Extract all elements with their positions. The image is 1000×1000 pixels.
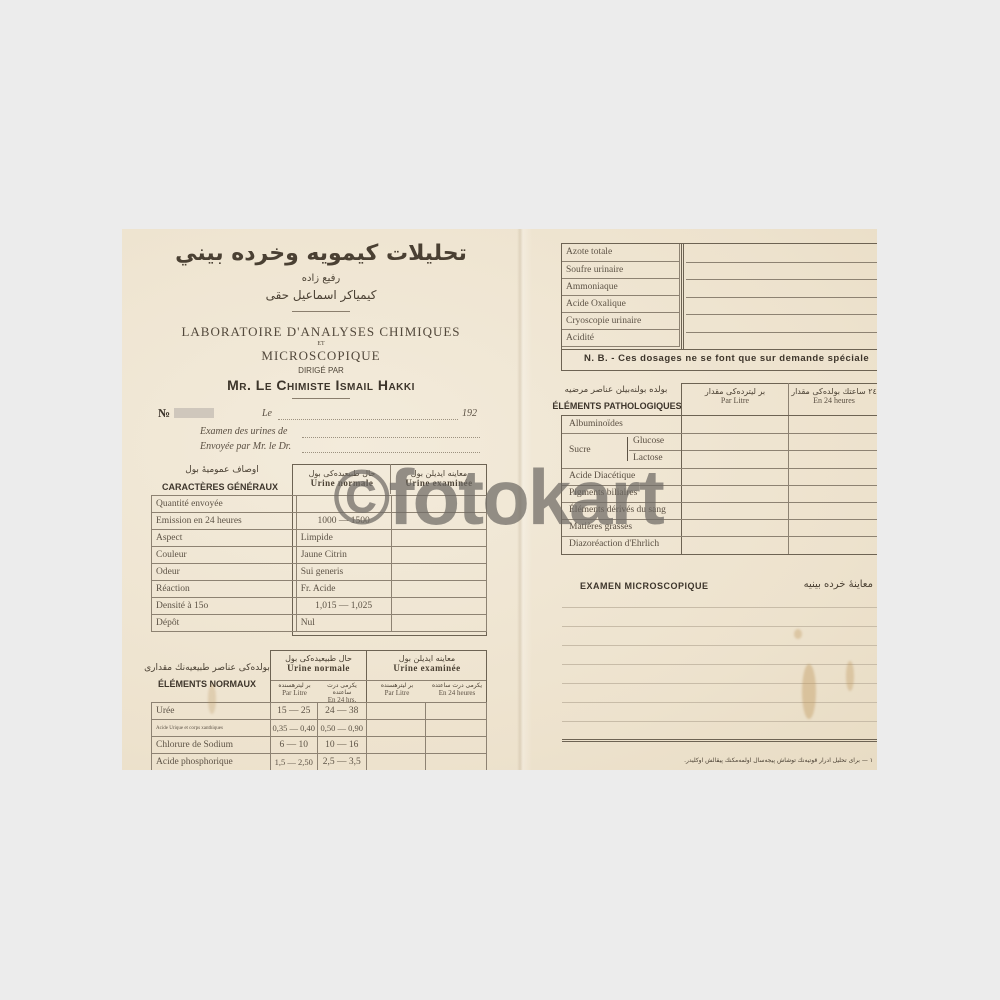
examined-value-cell[interactable]	[391, 564, 487, 581]
dosage-value-line[interactable]	[686, 279, 877, 280]
microscopique-title-ar: معاينهٔ خرده بينيه	[804, 579, 873, 590]
row-label: Réaction	[152, 581, 297, 598]
row-label: Odeur	[152, 564, 297, 581]
row-label: Éléments dérivés du sang	[569, 505, 666, 515]
sub-ar: يكرمى درت ساعتده	[427, 682, 487, 689]
row-label: Acide Oxalique	[562, 295, 680, 312]
normal-value: Limpide	[296, 530, 391, 547]
table-row: AspectLimpide	[152, 530, 487, 547]
row-label: Acidité	[562, 329, 680, 346]
col-urine-normale: حال طبيعيده‌كى بول Urine normale	[271, 654, 366, 673]
year-label: 192	[462, 408, 477, 419]
table-row: Urée15 — 2524 — 38	[152, 703, 487, 720]
col-urine-examinee: معاينه ايديلن بول Urine examinée	[391, 469, 487, 488]
elements-normaux-table: Urée15 — 2524 — 38 Acide Urique et corps…	[151, 702, 487, 770]
microscopique-title: MICROSCOPIQUE	[122, 348, 520, 364]
en-24h-value: 10 — 16	[317, 737, 366, 754]
footnote-ar: ١ — براى تحليل ادرار قوتيه‌نك توشاش پيجه…	[584, 757, 873, 764]
col-litre-fr: Par Litre	[682, 396, 788, 405]
lab-title: LABORATOIRE D'ANALYSES CHIMIQUES	[122, 324, 520, 340]
divider	[562, 485, 877, 486]
row-label: Couleur	[152, 547, 297, 564]
chemist-name: Mr. Le Chimiste Ismail Hakki	[122, 377, 520, 393]
et-label: ET	[122, 341, 520, 347]
row-label: Quantité envoyée	[152, 496, 297, 513]
sucre-lactose: Lactose	[633, 453, 663, 463]
col-24h-ar: ٢٤ ساعتك بولده‌كى مقدار	[789, 387, 877, 396]
row-label: Albuminoïdes	[569, 419, 623, 429]
row-label: Soufre urinaire	[562, 261, 680, 278]
sub-24h: يكرمى درت ساعتدهEn 24 heures	[427, 682, 487, 697]
caracteres-title: CARACTÈRES GÉNÉRAUX	[150, 482, 290, 492]
divider	[562, 536, 877, 537]
col-normale-ar: حال طبيعيده‌كى بول	[271, 654, 366, 663]
table-row: Soufre urinaire	[562, 261, 680, 278]
col-normale-ar: حال طبيعيده‌كى بول	[294, 469, 390, 478]
right-page: Azote totale Soufre urinaire Ammoniaque …	[524, 229, 877, 770]
normal-value: 1000 — 1500	[296, 513, 391, 530]
normal-value	[296, 496, 391, 513]
par-litre-value: 6 — 10	[270, 737, 317, 754]
table-row: Chlorure de Sodium6 — 1010 — 16	[152, 737, 487, 754]
par-litre-value: 15 — 25	[270, 703, 317, 720]
doctor-name-field[interactable]	[302, 452, 480, 453]
table-row: Azote totale	[562, 244, 680, 261]
divider	[681, 244, 684, 349]
divider	[562, 433, 877, 434]
normal-value: Jaune Citrin	[296, 547, 391, 564]
paper-stain	[208, 684, 216, 714]
row-label: Acide Urique et corps xanthiques	[152, 720, 271, 737]
col-urine-normale: حال طبيعيده‌كى بول Urine normale	[294, 469, 390, 488]
divider	[292, 311, 350, 312]
redacted-number-field[interactable]	[174, 408, 214, 418]
examined-cell[interactable]	[366, 737, 426, 754]
row-label: Sucre	[569, 445, 591, 455]
table-row: RéactionFr. Acide	[152, 581, 487, 598]
examined-value-cell[interactable]	[391, 513, 487, 530]
table-row: DépôtNul	[152, 615, 487, 632]
row-label: Dépôt	[152, 615, 297, 632]
examined-cell[interactable]	[426, 703, 487, 720]
sub-par-litre: بر ليترهسندهPar Litre	[271, 682, 318, 697]
sub-24h: يكرمى درت ساعتدهEn 24 hrs.	[318, 682, 366, 704]
table-row: Acide Oxalique	[562, 295, 680, 312]
caracteres-title-ar: اوصاف عموميهٔ بول	[162, 465, 282, 475]
examined-value-cell[interactable]	[391, 547, 487, 564]
normal-value: Nul	[296, 615, 391, 632]
sub-fr: Par Litre	[271, 689, 318, 697]
examined-value-cell[interactable]	[391, 615, 487, 632]
row-label: Azote totale	[562, 244, 680, 261]
table-row: Cryoscopie urinaire	[562, 312, 680, 329]
en-24h-value: 2,5 — 3,5	[317, 754, 366, 771]
microscopique-title: EXAMEN MICROSCOPIQUE	[580, 581, 709, 591]
table-row: Acidité	[562, 329, 680, 346]
dosage-value-line[interactable]	[686, 262, 877, 263]
date-field[interactable]	[278, 419, 458, 420]
table-row: Acide phosphorique1,5 — 2,502,5 — 3,5	[152, 754, 487, 771]
par-litre-value: 1,5 — 2,50	[270, 754, 317, 771]
sucre-glucose: Glucose	[633, 436, 664, 446]
divider	[562, 502, 877, 503]
col-examinee-ar: معاينه ايديلن بول	[367, 654, 487, 663]
col-examinee-fr: Urine examinée	[391, 478, 487, 488]
paper-stain	[794, 629, 802, 639]
examined-value-cell[interactable]	[391, 530, 487, 547]
par-litre-value: 0,35 — 0,40	[270, 720, 317, 737]
sub-ar: بر ليترهسنده	[271, 682, 318, 689]
row-label: Matières grasses	[569, 522, 632, 532]
col-24h: ٢٤ ساعتك بولده‌كى مقدار En 24 heures	[789, 387, 877, 405]
table-row: OdeurSui generis	[152, 564, 487, 581]
col-urine-examinee: معاينه ايديلن بول Urine examinée	[367, 654, 487, 673]
table-row: CouleurJaune Citrin	[152, 547, 487, 564]
col-normale-fr: Urine normale	[271, 663, 366, 673]
col-examinee-fr: Urine examinée	[367, 663, 487, 673]
row-label: Acide phosphorique	[152, 754, 271, 771]
divider	[682, 450, 877, 451]
en-24h-value: 24 — 38	[317, 703, 366, 720]
divider	[271, 680, 486, 681]
arabic-subtitle-2: كيمياكر اسماعيل حقى	[122, 288, 520, 302]
envoye-label: Envoyée par Mr. le Dr.	[200, 441, 291, 452]
sub-par-litre: بر ليترهسندهPar Litre	[367, 682, 427, 697]
sub-ar: يكرمى درت ساعتده	[318, 682, 366, 696]
dosage-value-line[interactable]	[686, 297, 877, 298]
col-par-litre: بر ليترده‌كى مقدار Par Litre	[682, 387, 788, 405]
divider	[562, 349, 877, 350]
divider	[562, 519, 877, 520]
row-label: Cryoscopie urinaire	[562, 312, 680, 329]
row-label: Diazoréaction d'Ehrlich	[569, 539, 659, 549]
row-label: Densité à 15o	[152, 598, 297, 615]
sub-fr: En 24 heures	[427, 689, 487, 697]
divider	[292, 398, 350, 399]
examined-value-cell[interactable]	[391, 496, 487, 513]
dosages-table: Azote totale Soufre urinaire Ammoniaque …	[562, 244, 680, 347]
table-row: Quantité envoyée	[152, 496, 487, 513]
brace	[627, 437, 628, 461]
sub-ar: بر ليترهسنده	[367, 682, 427, 689]
dosage-value-line[interactable]	[686, 314, 877, 315]
row-label: Acide Diacétique	[569, 471, 635, 481]
en-24h-value: 0,50 — 0,90	[317, 720, 366, 737]
normal-value: Fr. Acide	[296, 581, 391, 598]
row-label: Chlorure de Sodium	[152, 737, 271, 754]
date-label: Le	[262, 408, 272, 419]
examined-cell[interactable]	[366, 703, 426, 720]
examen-label: Examen des urines de	[200, 426, 287, 437]
paper-stain	[802, 664, 816, 719]
arabic-subtitle-1: رفيع زاده	[122, 273, 520, 284]
number-label: №	[158, 406, 170, 421]
examined-cell[interactable]	[426, 737, 487, 754]
paper-stain	[846, 661, 854, 691]
table-row: Ammoniaque	[562, 278, 680, 295]
col-litre-ar: بر ليترده‌كى مقدار	[682, 387, 788, 396]
elements-normaux-title: ÉLÉMENTS NORMAUX	[144, 679, 270, 689]
sub-fr: Par Litre	[367, 689, 427, 697]
col-normale-fr: Urine normale	[294, 478, 390, 488]
document-sheet: تحليلات كيمويه وخرده بيني رفيع زاده كيمي…	[122, 229, 877, 770]
divider	[562, 739, 877, 742]
divider	[562, 468, 877, 469]
dosages-note: N. B. - Ces dosages ne se font que sur d…	[584, 353, 869, 364]
dirige-par-label: DIRIGÉ PAR	[122, 366, 520, 375]
normal-value: Sui generis	[296, 564, 391, 581]
pathologiques-title: ÉLÉMENTS PATHOLOGIQUES	[552, 401, 682, 411]
table-row: Densité à 15o1,015 — 1,025	[152, 598, 487, 615]
pathologiques-title-ar: بولده بولنه‌بيلن عناصر مرضيه	[552, 385, 680, 395]
dosage-value-line[interactable]	[686, 332, 877, 333]
divider	[629, 450, 681, 451]
row-label: Pigments biliaires	[569, 488, 637, 498]
table-row: Emission en 24 heures1000 — 1500	[152, 513, 487, 530]
row-label: Ammoniaque	[562, 278, 680, 295]
examined-value-cell[interactable]	[391, 598, 487, 615]
row-label: Aspect	[152, 530, 297, 547]
col-examinee-ar: معاينه ايديلن بول	[391, 469, 487, 478]
examined-cell[interactable]	[366, 754, 426, 771]
patient-name-field[interactable]	[302, 437, 480, 438]
arabic-lab-title: تحليلات كيمويه وخرده بيني	[122, 241, 520, 266]
table-row: Acide Urique et corps xanthiques0,35 — 0…	[152, 720, 487, 737]
examined-cell[interactable]	[426, 720, 487, 737]
examined-cell[interactable]	[426, 754, 487, 771]
col-24h-fr: En 24 heures	[789, 396, 877, 405]
examined-value-cell[interactable]	[391, 581, 487, 598]
caracteres-table: Quantité envoyée Emission en 24 heures10…	[151, 495, 487, 632]
left-page: تحليلات كيمويه وخرده بيني رفيع زاده كيمي…	[122, 229, 520, 770]
normal-value: 1,015 — 1,025	[296, 598, 391, 615]
examined-cell[interactable]	[366, 720, 426, 737]
elements-normaux-title-ar: بولده‌كى عناصر طبيعيه‌نك مقدارى	[144, 663, 270, 673]
row-label: Emission en 24 heures	[152, 513, 297, 530]
